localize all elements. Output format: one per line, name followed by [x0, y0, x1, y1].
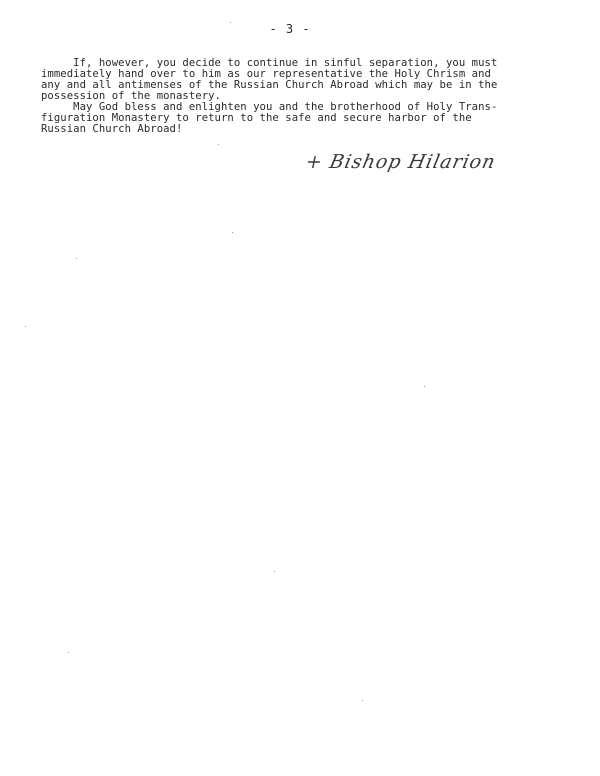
scan-speck — [362, 700, 363, 701]
page-number: - 3 - — [0, 22, 600, 36]
scan-speck — [68, 652, 69, 653]
letter-line: Russian Church Abroad! — [41, 124, 581, 135]
letter-body: If, however, you decide to continue in s… — [41, 58, 581, 135]
scan-speck — [424, 386, 425, 387]
scan-speck — [76, 258, 77, 259]
scan-speck — [218, 144, 219, 145]
scan-speck — [230, 22, 231, 23]
scan-speck — [232, 232, 233, 233]
handwritten-signature: + Bishop Hilarion — [304, 151, 498, 173]
scan-speck — [25, 326, 26, 327]
page-number-text: - 3 - — [269, 22, 310, 36]
scan-speck — [274, 571, 275, 572]
